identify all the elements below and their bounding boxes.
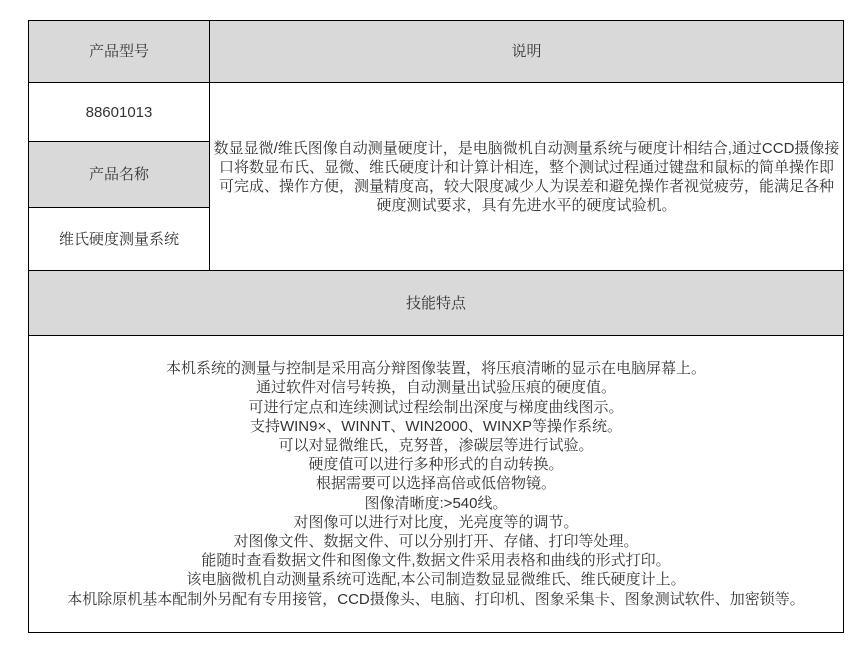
feature-line: 本机除原机基本配制外另配有专用接管，CCD摄像头、电脑、打印机、图象采集卡、图象…: [31, 590, 841, 609]
features-header-cell: 技能特点: [29, 271, 844, 336]
feature-line: 本机系统的测量与控制是采用高分辩图像装置，将压痕清晰的显示在电脑屏幕上。: [31, 359, 841, 378]
name-label-cell: 产品名称: [29, 142, 210, 208]
feature-line: 支持WIN9×、WINNT、WIN2000、WINXP等操作系统。: [31, 417, 841, 436]
model-value-cell: 88601013: [29, 83, 210, 142]
feature-line: 对图像可以进行对比度，光亮度等的调节。: [31, 513, 841, 532]
features-list-cell: 本机系统的测量与控制是采用高分辩图像装置，将压痕清晰的显示在电脑屏幕上。通过软件…: [29, 336, 844, 633]
feature-line: 图像清晰度:>540线。: [31, 494, 841, 513]
feature-line: 通过软件对信号转换，自动测量出试验压痕的硬度值。: [31, 378, 841, 397]
model-header-cell: 产品型号: [29, 21, 210, 83]
model-value-row: 88601013 数显显微/维氏图像自动测量硬度计，是电脑微机自动测量系统与硬度…: [29, 83, 844, 142]
description-header-cell: 说明: [210, 21, 844, 83]
page: 产品型号 说明 88601013 数显显微/维氏图像自动测量硬度计，是电脑微机自…: [0, 0, 858, 659]
header-row: 产品型号 说明: [29, 21, 844, 83]
feature-line: 可进行定点和连续测试过程绘制出深度与梯度曲线图示。: [31, 398, 841, 417]
feature-line: 硬度值可以进行多种形式的自动转换。: [31, 455, 841, 474]
feature-line: 根据需要可以选择高倍或低倍物镜。: [31, 474, 841, 493]
description-text-cell: 数显显微/维氏图像自动测量硬度计，是电脑微机自动测量系统与硬度计相结合,通过CC…: [210, 83, 844, 271]
name-value-cell: 维氏硬度测量系统: [29, 208, 210, 271]
feature-line: 能随时查看数据文件和图像文件,数据文件采用表格和曲线的形式打印。: [31, 551, 841, 570]
features-row: 本机系统的测量与控制是采用高分辩图像装置，将压痕清晰的显示在电脑屏幕上。通过软件…: [29, 336, 844, 633]
feature-line: 该电脑微机自动测量系统可选配,本公司制造数显显微维氏、维氏硬度计上。: [31, 570, 841, 589]
product-spec-table: 产品型号 说明 88601013 数显显微/维氏图像自动测量硬度计，是电脑微机自…: [28, 20, 844, 633]
features-header-row: 技能特点: [29, 271, 844, 336]
feature-line: 对图像文件、数据文件、可以分别打开、存储、打印等处理。: [31, 532, 841, 551]
feature-line: 可以对显微维氏，克努普，渗碳层等进行试验。: [31, 436, 841, 455]
